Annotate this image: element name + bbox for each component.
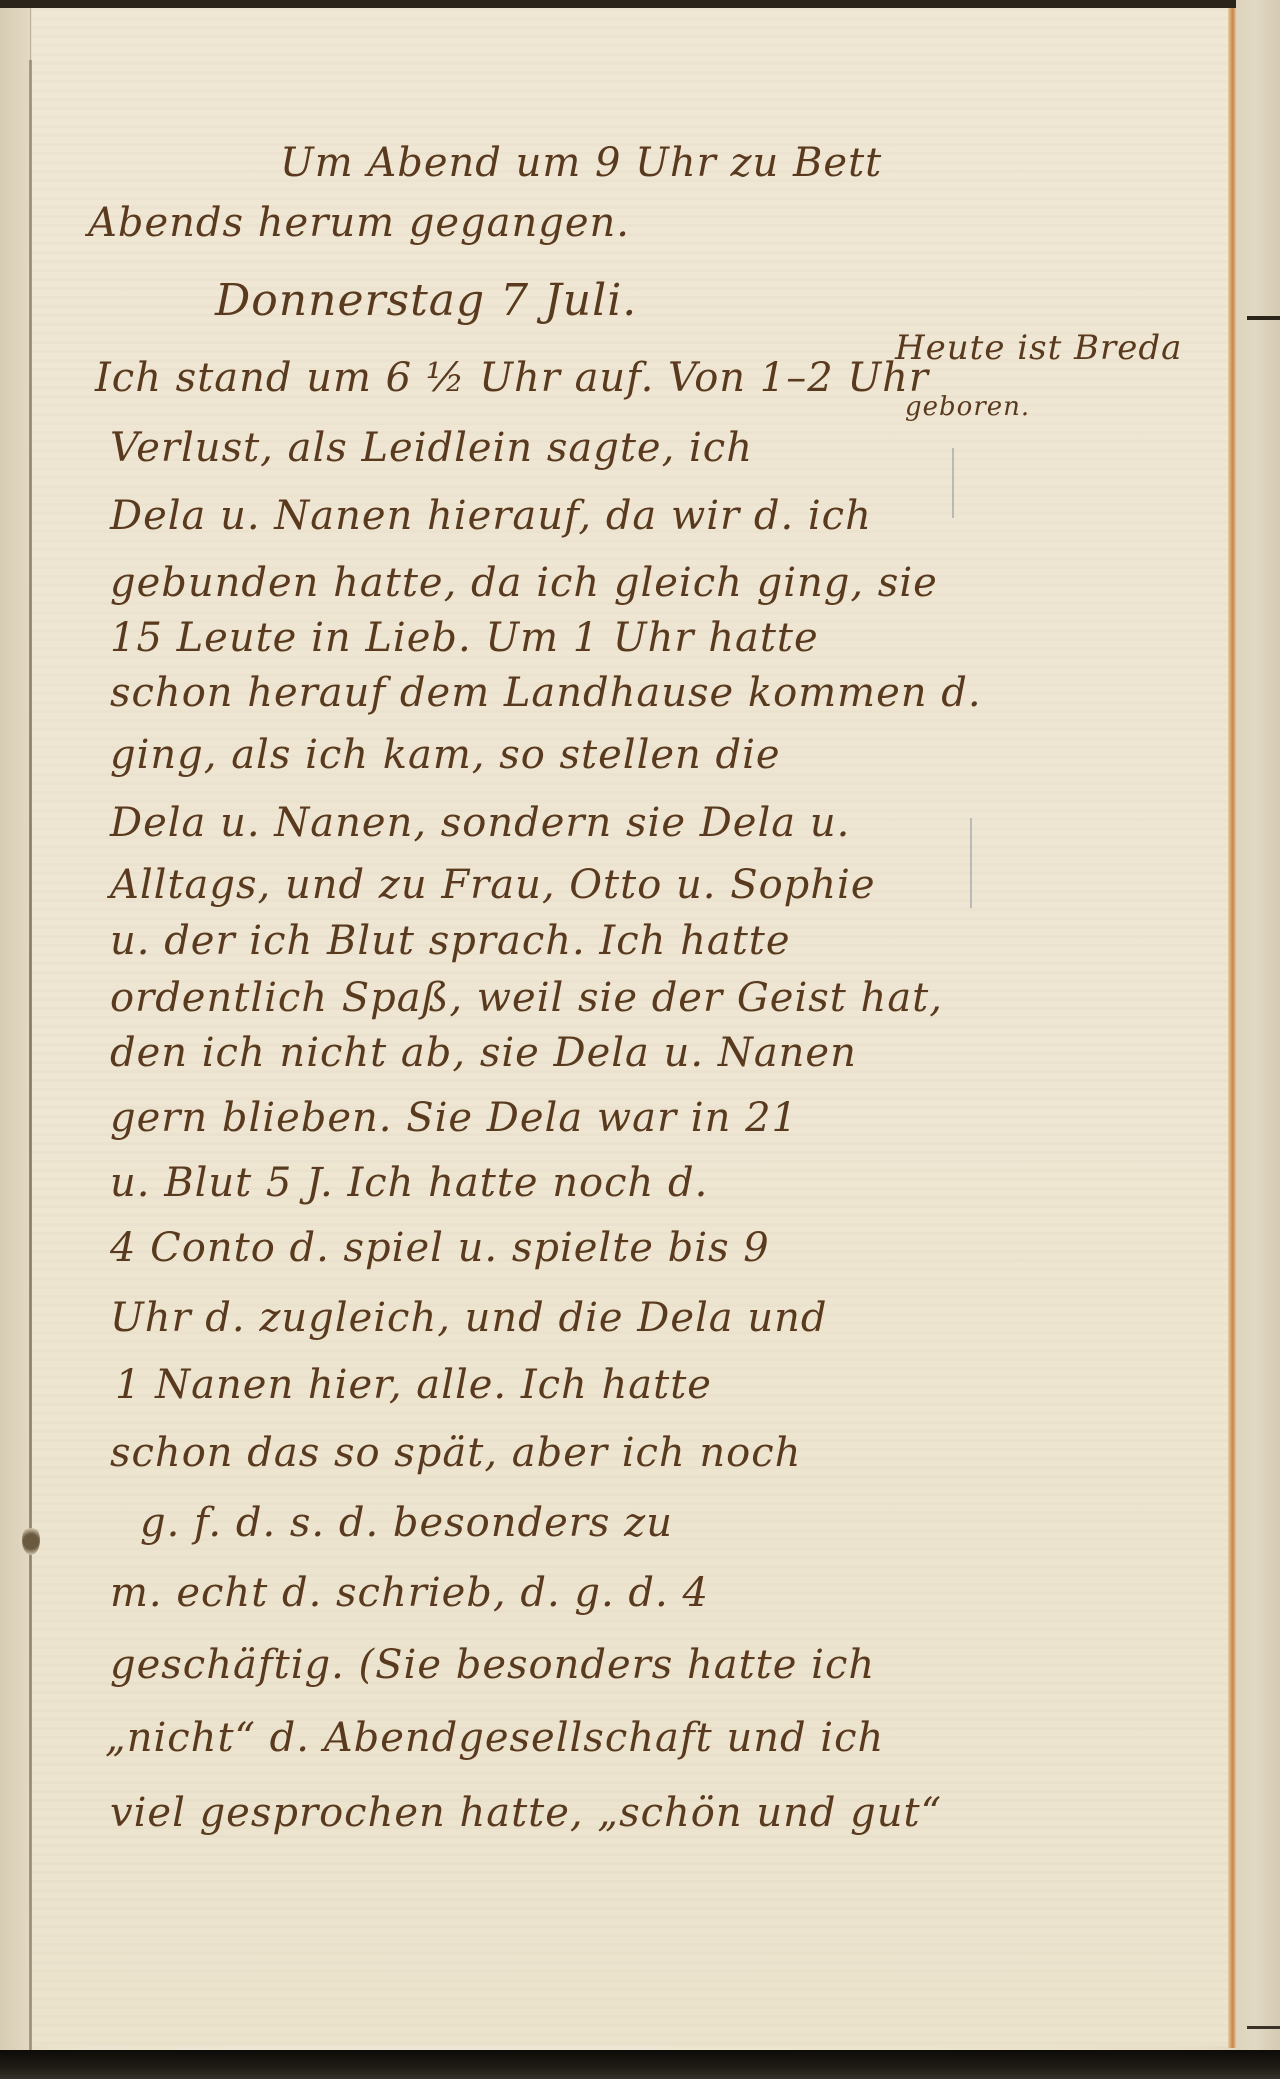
body-line: m. echt d. schrieb, d. g. d. 4 — [110, 1570, 709, 1616]
body-line: schon das so spät, aber ich noch — [110, 1430, 801, 1476]
body-line: 15 Leute in Lieb. Um 1 Uhr hatte — [110, 615, 819, 661]
body-line: „nicht“ d. Abendgesellschaft und ich — [105, 1715, 884, 1761]
body-line: Alltags, und zu Frau, Otto u. Sophie — [110, 862, 876, 908]
body-line: Uhr d. zugleich, und die Dela und — [110, 1295, 828, 1341]
pencil-mark — [952, 448, 954, 518]
body-line: Ich stand um 6 ½ Uhr auf. Von 1–2 Uhr — [95, 355, 929, 401]
body-line: 1 Nanen hier, alle. Ich hatte — [115, 1362, 712, 1408]
binding-thread-knot-icon — [22, 1525, 40, 1555]
page-stack-shadow — [1247, 316, 1280, 320]
date-heading: Donnerstag 7 Juli. — [215, 275, 637, 326]
body-line: gebunden hatte, da ich gleich ging, sie — [110, 560, 938, 606]
top-edge — [0, 0, 1280, 8]
right-page-stack — [1236, 0, 1280, 2052]
pencil-mark — [970, 818, 972, 908]
header-line-2: Abends herum gegangen. — [88, 200, 630, 246]
manuscript-scan: Um Abend um 9 Uhr zu Bett Abends herum g… — [0, 0, 1280, 2079]
header-line-1: Um Abend um 9 Uhr zu Bett — [280, 140, 882, 186]
red-page-edge — [1228, 8, 1236, 2048]
body-line: u. der ich Blut sprach. Ich hatte — [110, 918, 791, 964]
scan-bottom-shadow — [0, 2050, 1280, 2079]
body-line: u. Blut 5 J. Ich hatte noch d. — [110, 1160, 708, 1206]
facing-page-edge — [0, 8, 31, 2052]
body-line: 4 Conto d. spiel u. spielte bis 9 — [110, 1225, 770, 1271]
body-line: schon herauf dem Landhause kommen d. — [110, 670, 982, 716]
body-line: ging, als ich kam, so stellen die — [110, 732, 781, 778]
body-line: gern blieben. Sie Dela war in 21 — [110, 1095, 798, 1141]
body-line: den ich nicht ab, sie Dela u. Nanen — [110, 1030, 857, 1076]
margin-note-line-1: Heute ist Breda — [895, 328, 1182, 368]
body-line: Dela u. Nanen hierauf, da wir d. ich — [110, 493, 872, 539]
body-line: ordentlich Spaß, weil sie der Geist hat, — [110, 975, 943, 1021]
body-line: geschäftig. (Sie besonders hatte ich — [110, 1642, 875, 1688]
body-line: g. f. d. s. d. besonders zu — [140, 1500, 673, 1546]
binding-gutter — [29, 60, 32, 2050]
body-line: Dela u. Nanen, sondern sie Dela u. — [110, 800, 850, 846]
body-line: viel gesprochen hatte, „schön und gut“ — [110, 1790, 942, 1836]
page-stack-shadow-bottom — [1247, 2026, 1280, 2029]
body-line: Verlust, als Leidlein sagte, ich — [110, 425, 753, 471]
